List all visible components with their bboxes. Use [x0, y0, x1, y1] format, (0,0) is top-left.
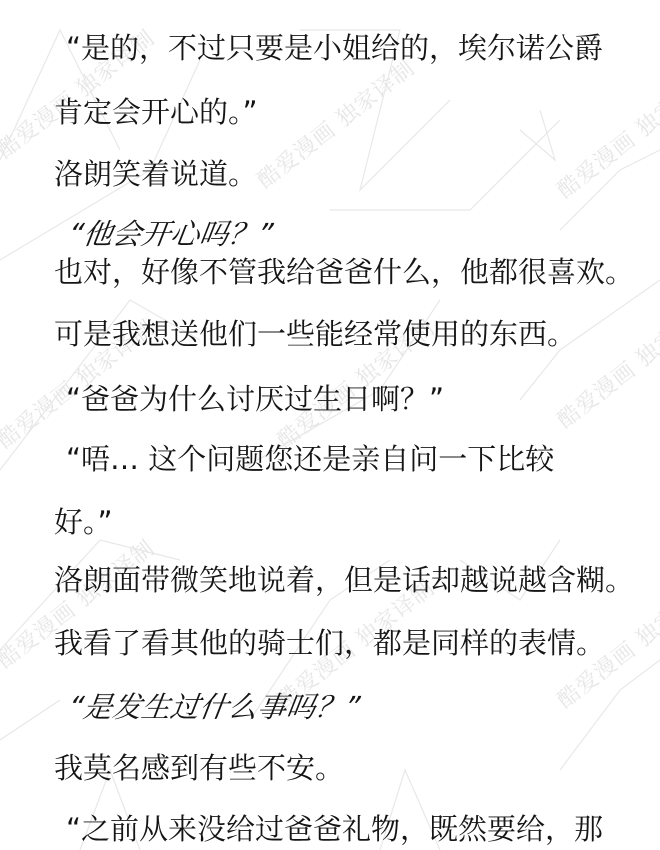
text-line-dialogue: “唔… 这个问题您还是亲自问一下比较 [66, 441, 554, 477]
novel-page: “是的，不过只要是小姐给的，埃尔诺公爵 肯定会开心的。” 洛朗笑着说道。 “他会… [0, 0, 660, 850]
text-line-dialogue: “爸爸为什么讨厌过生日啊？” [66, 381, 444, 417]
text-line-narration: 洛朗面带微笑地说着，但是话却越说越含糊。 [54, 562, 634, 598]
text-line-narration: 可是我想送他们一些能经常使用的东西。 [54, 316, 576, 352]
text-line-dialogue: “之前从来没给过爸爸礼物，既然要给，那 [66, 811, 603, 847]
text-line-dialogue: “是的，不过只要是小姐给的，埃尔诺公爵 [66, 30, 603, 66]
text-line-narration: 我莫名感到有些不安。 [54, 750, 344, 786]
text-line-narration: 洛朗笑着说道。 [54, 156, 257, 192]
text-line-narration: 也对，好像不管我给爸爸什么，他都很喜欢。 [54, 254, 634, 290]
text-line-thought: “他会开心吗？” [66, 216, 275, 252]
text-line-dialogue: 好。” [54, 504, 113, 540]
text-line-thought: “是发生过什么事吗？” [66, 689, 362, 725]
text-line-dialogue: 肯定会开心的。” [54, 94, 258, 130]
text-line-narration: 我看了看其他的骑士们，都是同样的表情。 [54, 625, 605, 661]
